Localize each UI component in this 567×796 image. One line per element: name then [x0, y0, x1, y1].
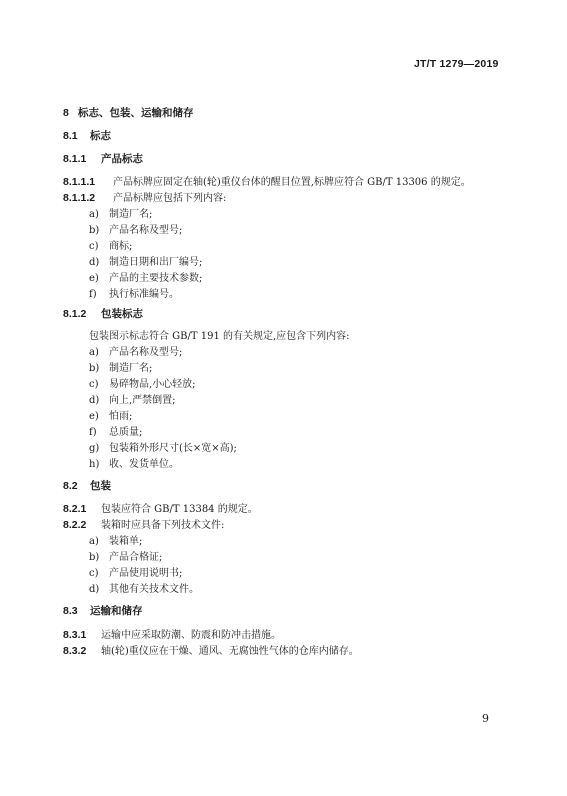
section-title: 产品标志 — [101, 153, 143, 165]
section-title: 包装标志 — [101, 308, 143, 320]
list-item: d)其他有关技术文件。 — [89, 580, 199, 595]
list-text: 制造厂名; — [109, 363, 152, 374]
section-number: 8.2 — [63, 480, 90, 492]
clause-number: 8.1.1.1 — [63, 176, 113, 188]
clause-number: 8.1.1.2 — [63, 192, 113, 204]
list-item: e)怕雨; — [89, 407, 132, 422]
list-marker: d) — [89, 395, 109, 406]
page-number: 9 — [482, 712, 489, 725]
chapter-heading: 8标志、包装、运输和储存 — [63, 105, 194, 120]
list-text: 其他有关技术文件。 — [109, 584, 199, 595]
clause-number: 8.2.1 — [63, 503, 101, 515]
list-marker: c) — [89, 379, 109, 390]
clause-8-2-2: 8.2.2装箱时应具备下列技术文件: — [63, 516, 224, 531]
list-text: 包装箱外形尺寸(长×宽×高); — [109, 443, 237, 454]
clause-8-1-1-1: 8.1.1.1产品标牌应固定在轴(轮)重仪台体的醒目位置,标牌应符合 GB/T … — [63, 173, 471, 188]
list-marker: h) — [89, 459, 109, 470]
list-item: d)制造日期和出厂编号; — [89, 253, 202, 268]
list-marker: d) — [89, 257, 109, 268]
chapter-title: 标志、包装、运输和储存 — [78, 107, 194, 119]
list-text: 产品使用说明书; — [109, 568, 182, 579]
list-text: 产品的主要技术参数; — [109, 273, 202, 284]
list-text: 产品合格证; — [109, 552, 162, 563]
clause-8-2-1: 8.2.1包装应符合 GB/T 13384 的规定。 — [63, 500, 258, 515]
list-marker: a) — [89, 536, 109, 547]
list-item: b)产品合格证; — [89, 548, 162, 563]
list-text: 收、发货单位。 — [109, 459, 179, 470]
list-item: c)商标; — [89, 237, 132, 252]
list-marker: e) — [89, 411, 109, 422]
list-marker: c) — [89, 241, 109, 252]
section-heading-8-1: 8.1标志 — [63, 128, 111, 143]
list-marker: e) — [89, 273, 109, 284]
list-text: 向上,严禁倒置; — [109, 395, 176, 406]
section-title: 运输和储存 — [90, 605, 143, 617]
list-text: 总质量; — [109, 427, 142, 438]
chapter-number: 8 — [63, 107, 78, 119]
list-text: 制造厂名; — [109, 209, 152, 220]
list-marker: b) — [89, 363, 109, 374]
list-item: a)装箱单; — [89, 532, 142, 547]
list-item: a)制造厂名; — [89, 205, 152, 220]
clause-intro: 包装图示标志符合 GB/T 191 的有关规定,应包含下列内容: — [89, 327, 350, 342]
section-heading-8-3: 8.3运输和储存 — [63, 603, 143, 618]
clause-text: 产品标牌应包括下列内容: — [113, 193, 226, 204]
section-number: 8.1 — [63, 130, 90, 142]
list-item: f)总质量; — [89, 423, 142, 438]
clause-number: 8.2.2 — [63, 519, 101, 531]
list-item: f)执行标准编号。 — [89, 285, 179, 300]
list-marker: a) — [89, 347, 109, 358]
clause-8-3-1: 8.3.1运输中应采取防潮、防震和防冲击措施。 — [63, 626, 281, 641]
clause-number: 8.3.2 — [63, 645, 101, 657]
list-item: a)产品名称及型号; — [89, 343, 182, 358]
list-item: c)易碎物品,小心轻放; — [89, 375, 196, 390]
clause-text: 装箱时应具备下列技术文件: — [101, 520, 224, 531]
list-item: b)制造厂名; — [89, 359, 152, 374]
list-item: g)包装箱外形尺寸(长×宽×高); — [89, 439, 237, 454]
list-marker: g) — [89, 443, 109, 454]
list-marker: f) — [89, 289, 109, 300]
list-item: c)产品使用说明书; — [89, 564, 182, 579]
section-number: 8.1.1 — [63, 153, 101, 165]
clause-8-1-1-2: 8.1.1.2产品标牌应包括下列内容: — [63, 189, 226, 204]
list-item: h)收、发货单位。 — [89, 455, 179, 470]
list-marker: f) — [89, 427, 109, 438]
section-heading-8-1-1: 8.1.1产品标志 — [63, 151, 143, 166]
section-title: 标志 — [90, 130, 111, 142]
list-text: 易碎物品,小心轻放; — [109, 379, 196, 390]
section-number: 8.3 — [63, 605, 90, 617]
standard-code: JT/T 1279—2019 — [414, 58, 499, 70]
list-item: b)产品名称及型号; — [89, 221, 182, 236]
list-text: 怕雨; — [109, 411, 132, 422]
list-marker: d) — [89, 584, 109, 595]
list-item: d)向上,严禁倒置; — [89, 391, 176, 406]
clause-8-3-2: 8.3.2轴(轮)重仪应在干燥、通风、无腐蚀性气体的仓库内储存。 — [63, 642, 359, 657]
list-item: e)产品的主要技术参数; — [89, 269, 202, 284]
section-title: 包装 — [90, 480, 111, 492]
list-text: 执行标准编号。 — [109, 289, 179, 300]
list-text: 商标; — [109, 241, 132, 252]
list-marker: b) — [89, 225, 109, 236]
clause-text: 轴(轮)重仪应在干燥、通风、无腐蚀性气体的仓库内储存。 — [101, 646, 359, 657]
clause-text: 运输中应采取防潮、防震和防冲击措施。 — [101, 630, 281, 641]
list-text: 产品名称及型号; — [109, 225, 182, 236]
clause-number: 8.3.1 — [63, 629, 101, 641]
clause-text: 包装应符合 GB/T 13384 的规定。 — [101, 504, 258, 515]
list-text: 产品名称及型号; — [109, 347, 182, 358]
list-marker: a) — [89, 209, 109, 220]
list-text: 装箱单; — [109, 536, 142, 547]
section-number: 8.1.2 — [63, 308, 101, 320]
clause-text: 产品标牌应固定在轴(轮)重仪台体的醒目位置,标牌应符合 GB/T 13306 的… — [113, 177, 471, 188]
section-heading-8-2: 8.2包装 — [63, 478, 111, 493]
section-heading-8-1-2: 8.1.2包装标志 — [63, 306, 143, 321]
list-marker: b) — [89, 552, 109, 563]
list-marker: c) — [89, 568, 109, 579]
list-text: 制造日期和出厂编号; — [109, 257, 202, 268]
